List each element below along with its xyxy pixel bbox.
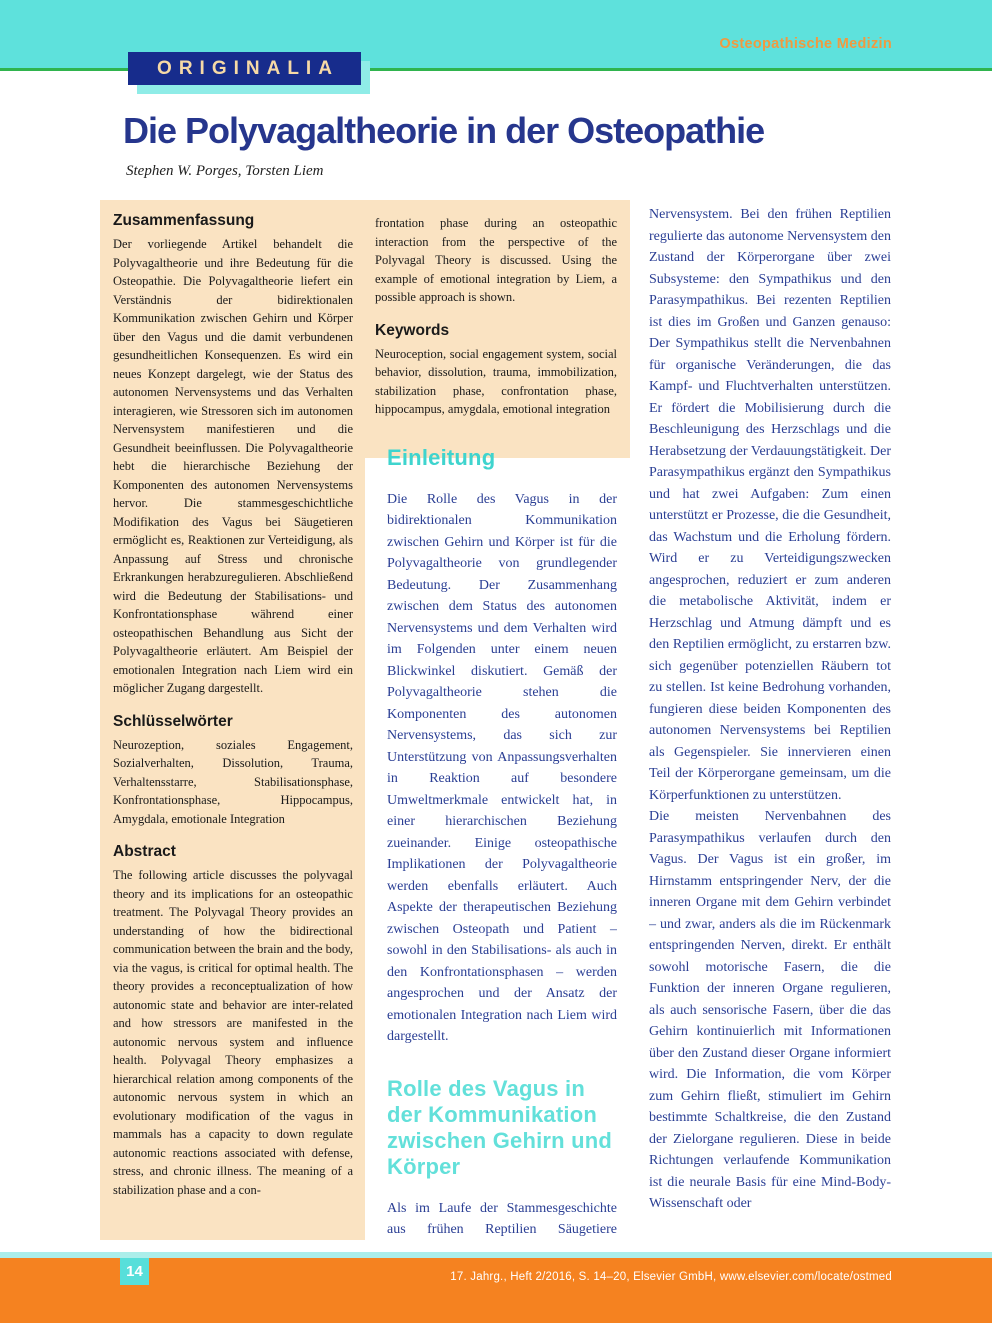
column-right: Nervensystem. Bei den frühen Reptilien r…: [649, 204, 891, 1238]
einleitung-section: Einleitung Die Rolle des Vagus in der bi…: [387, 445, 617, 1239]
journal-name: Osteopathische Medizin: [719, 36, 892, 52]
page-number-badge: 14: [120, 1258, 149, 1285]
zusammenfassung-heading: Zusammenfassung: [113, 212, 353, 230]
schluesselwoerter-heading: Schlüsselwörter: [113, 713, 353, 731]
rolle-paragraph-col3b: Die meisten Nervenbahnen des Parasympath…: [649, 806, 891, 1215]
column-left: Zusammenfassung Der vorliegende Artikel …: [113, 212, 353, 1236]
rolle-heading: Rolle des Vagus in der Kommunikation zwi…: [387, 1076, 617, 1180]
section-label-box: ORIGINALIA: [128, 52, 361, 85]
page-number: 14: [126, 1263, 143, 1280]
abstract-text-col2: frontation phase during an osteopathic i…: [375, 214, 617, 307]
section-label: ORIGINALIA: [150, 58, 339, 80]
rolle-paragraph-col3a: Nervensystem. Bei den frühen Reptilien r…: [649, 204, 891, 806]
abstract-text-col1: The following article discusses the poly…: [113, 866, 353, 1199]
abstract-heading: Abstract: [113, 843, 353, 861]
zusammenfassung-text: Der vorliegende Artikel behandelt die Po…: [113, 235, 353, 698]
rolle-paragraph-col2: Als im Laufe der Stammesgeschichte aus f…: [387, 1198, 617, 1239]
keywords-heading: Keywords: [375, 322, 617, 340]
article-title: Die Polyvagaltheorie in der Osteopathie: [123, 110, 903, 152]
schluesselwoerter-text: Neurozeption, soziales Engagement, Sozia…: [113, 736, 353, 829]
article-page: Osteopathische Medizin ORIGINALIA Die Po…: [0, 0, 992, 1323]
keywords-text: Neuroception, social engagement system, …: [375, 345, 617, 419]
einleitung-paragraph: Die Rolle des Vagus in der bidirektional…: [387, 489, 617, 1048]
einleitung-heading: Einleitung: [387, 445, 617, 471]
authors-line: Stephen W. Porges, Torsten Liem: [126, 163, 324, 180]
column-middle: frontation phase during an osteopathic i…: [375, 214, 617, 1238]
footer-issue-info: 17. Jahrg., Heft 2/2016, S. 14–20, Elsev…: [450, 1271, 892, 1283]
